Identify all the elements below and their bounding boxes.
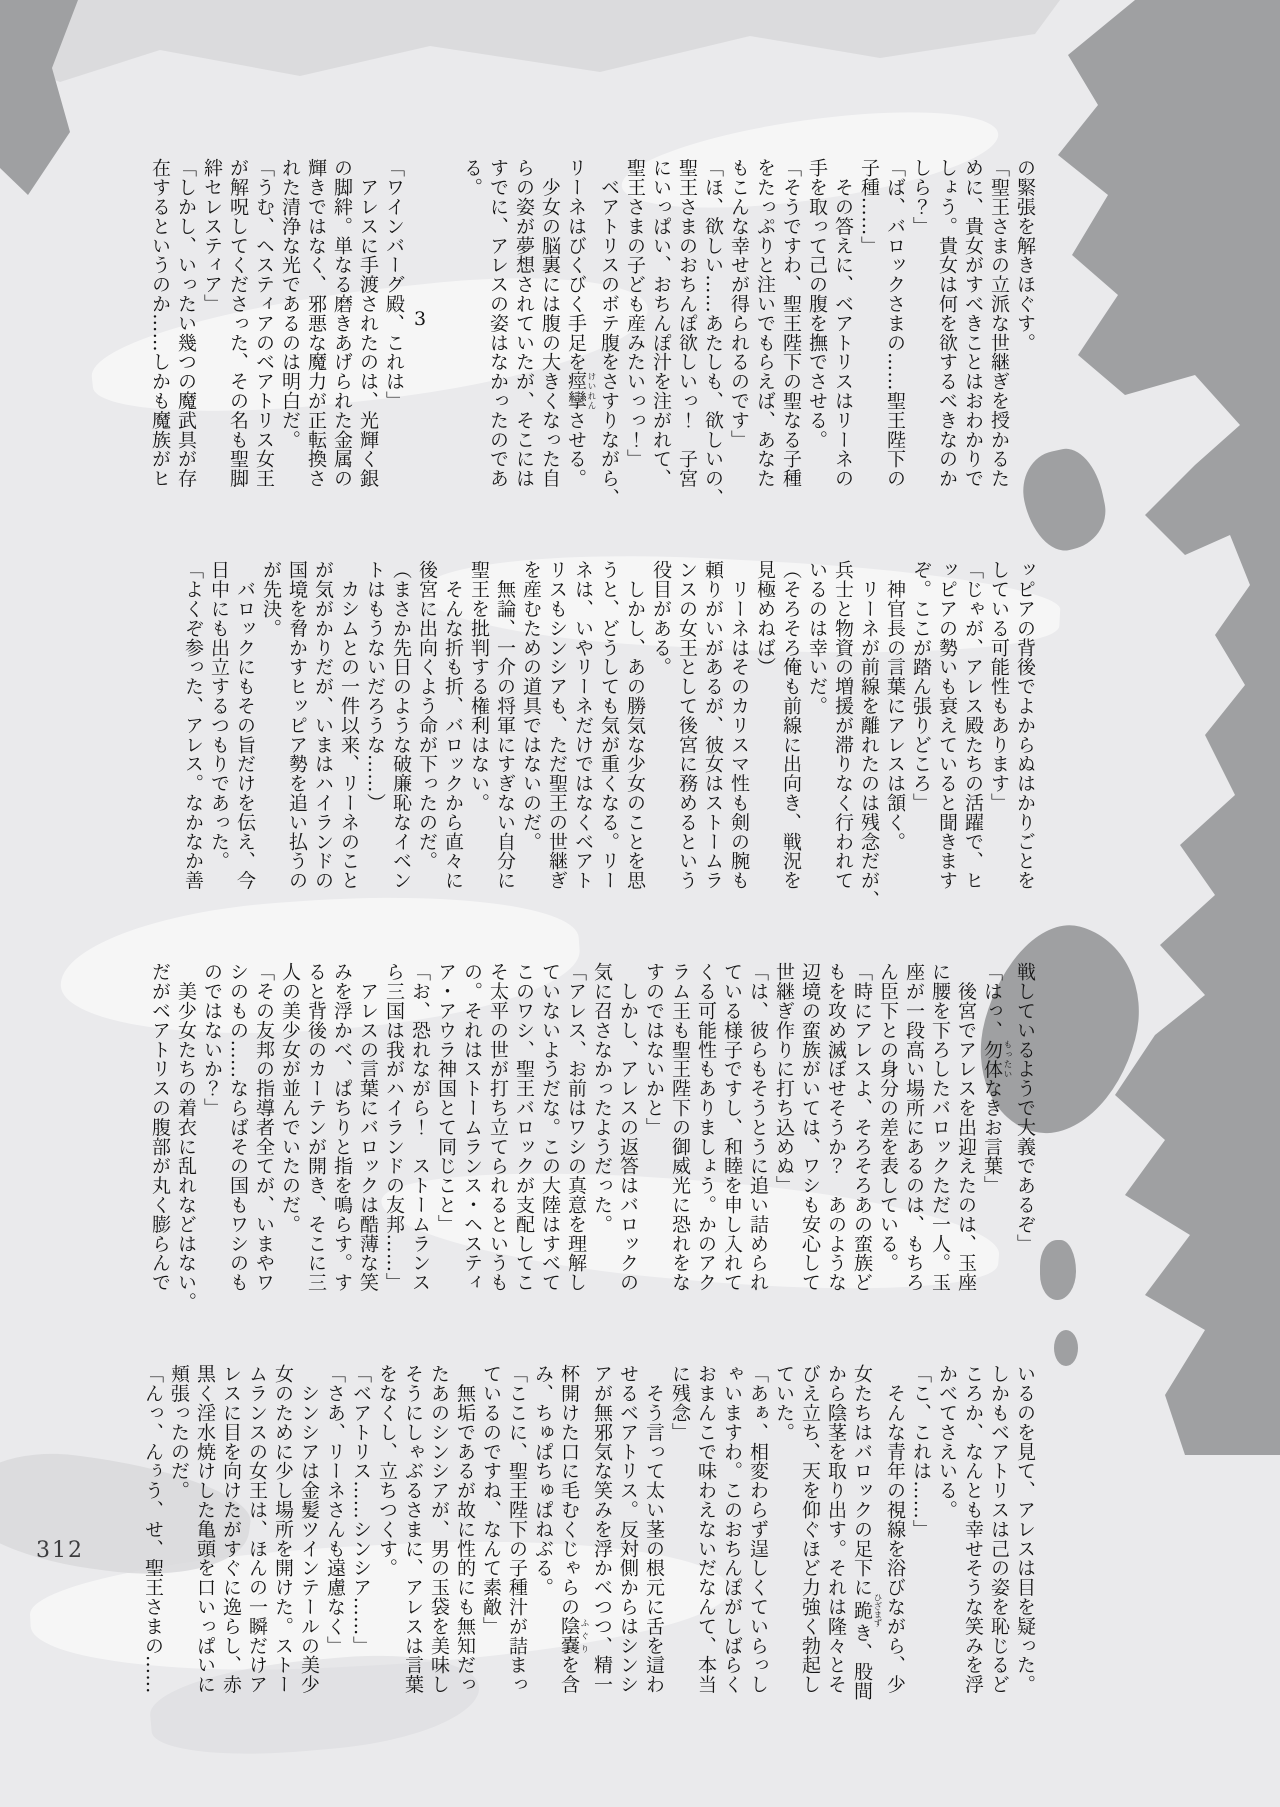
text-column: ていた。 [771, 1364, 797, 1718]
text-column: アが無邪気な笑みを浮かべつつ、精一 [589, 1364, 615, 1718]
text-column: 杯開けた口に毛むくじゃらの陰嚢ふぐりを含 [556, 1364, 589, 1718]
text-column: にいっぱい、おちんぽ汁を注がれて、 [648, 158, 674, 512]
text-column: 「アレス、お前はワシの真意を理解し [563, 962, 589, 1316]
text-column: リーネはそのカリスマ性も剣の腕も [726, 560, 752, 914]
text-column: （まさか先日のような破廉恥なイベン [388, 560, 414, 914]
text-column: かべてさえいる。 [934, 1364, 960, 1718]
text-column: 聖王さまの子ども産みたいっっ！」 [622, 158, 648, 512]
text-column: そ太平の世が打ち立てられるというも [485, 962, 511, 1316]
text-column: に残念」 [667, 1364, 693, 1718]
text-column: 役目がある。 [648, 560, 674, 914]
text-column: をなくし、立ちつくす。 [374, 1364, 400, 1718]
text-column: 手を取って己の腹を撫でさせる。 [804, 158, 830, 512]
page-number: 312 [36, 1538, 84, 1563]
text-column: 「ば、バロックさまの……聖王陛下の [882, 158, 908, 512]
text-column: その答えに、ベアトリスはリーネの [830, 158, 856, 512]
text-column: の脚絆。単なる磨きあげられた金属の [329, 158, 355, 512]
text-column: このワシ、聖王バロックが支配してこ [511, 962, 537, 1316]
text-column: 「ワインバーグ殿、これは」 [381, 158, 407, 512]
text-column: くる可能性もありましょう。かのアク [693, 962, 719, 1316]
text-column: 子種……」 [856, 158, 882, 512]
text-column: 聖王さまのおちんぽ欲しいっ！ 子宮 [674, 158, 700, 512]
text-column: が先決。 [258, 560, 284, 914]
text-column: 「聖王さまの立派な世継ぎを授かるた [986, 158, 1012, 512]
text-column: 「こ、これは……」 [908, 1364, 934, 1718]
text-band-1: の緊張を解きほぐす。「聖王さまの立派な世継ぎを授かるために、貴女がすべきことはお… [147, 158, 1038, 512]
text-column: いるのは幸いだ。 [804, 560, 830, 914]
text-column: 後宮でアレスを出迎えたのは、玉座 [953, 962, 979, 1316]
text-column: みを浮かべ、ぱちりと指を鳴らす。す [329, 962, 355, 1316]
text-column: ッピアの勢いも衰えていると聞きます [934, 560, 960, 914]
text-column: おまんこで味わえないだなんて、本当 [693, 1364, 719, 1718]
text-column: のではないか？」 [199, 962, 225, 1316]
text-column: ていないようだな。この大陸はすべて [537, 962, 563, 1316]
text-column: リスもシンシアも、ただ聖王の世継ぎ [544, 560, 570, 914]
text-column: ゃいますわ。このおちんぽがしばらく [719, 1364, 745, 1718]
text-column: が解呪してくださった、その名も聖脚 [225, 158, 251, 512]
text-column: ぞ。ここが踏ん張りどころ」 [908, 560, 934, 914]
ink-splash-blob [1054, 1330, 1078, 1366]
text-column: の緊張を解きほぐす。 [1012, 158, 1038, 512]
text-column: 頼りがいがあるが、彼女はストームラ [700, 560, 726, 914]
text-column: ると背後のカーテンが開き、そこに三 [303, 962, 329, 1316]
text-column: しかし、アレスの返答はバロックの [615, 962, 641, 1316]
text-column: ラム王も聖王陛下の御威光に恐れをな [667, 962, 693, 1316]
text-column: 世継ぎ作りに打ち込めぬ」 [771, 962, 797, 1316]
text-column: 「ここに、聖王陛下の子種汁が詰まっ [504, 1364, 530, 1718]
text-column: 女のために少し場所を開けた。ストー [270, 1364, 296, 1718]
text-column: そう言って太い茎の根元に舌を這わ [641, 1364, 667, 1718]
text-column: せるベアトリス。反対側からはシンシ [615, 1364, 641, 1718]
text-column: ころか、なんとも幸せそうな笑みを浮 [960, 1364, 986, 1718]
text-column: ムランスの女王は、ほんの一瞬だけア [244, 1364, 270, 1718]
text-column: ん臣下との身分の差を表している。 [875, 962, 901, 1316]
top-edge-texture [0, 0, 1060, 88]
text-column: 「そうですわ、聖王陛下の聖なる子種 [778, 158, 804, 512]
text-band-2: ッピアの背後でよからぬはかりごとをしている可能性もあります」「じゃが、アレス殿た… [180, 560, 1038, 914]
text-column: シンシアは金髪ツインテールの美少 [296, 1364, 322, 1718]
text-column: 「あぁ、相変わらず逞しくていらっし [745, 1364, 771, 1718]
text-column: をたっぷりと注いでもらえば、あなた [752, 158, 778, 512]
text-column: る。 [459, 158, 485, 512]
text-band-3: 戦しているようで大義であるぞ」「はっ、勿体もったいなきお言葉」 後宮でアレスを出… [147, 962, 1038, 1316]
text-column [433, 158, 459, 512]
text-column: 「その友邦の指導者全てが、いまやワ [251, 962, 277, 1316]
text-column: びえ立ち、天を仰ぐほど力強く勃起し [797, 1364, 823, 1718]
text-column: から陰茎を取り出す。それは隆々とそ [823, 1364, 849, 1718]
text-column: 日中にも出立するつもりであった。 [206, 560, 232, 914]
text-column: 後宮に出向くよう命が下ったのだ。 [414, 560, 440, 914]
text-column: 「ベアトリス……シンシア……」 [348, 1364, 374, 1718]
text-column: そうにしゃぶるさまに、アレスは言葉 [400, 1364, 426, 1718]
text-column: み、ちゅぱちゅぱねぶる。 [530, 1364, 556, 1718]
ink-splash-blob [1040, 1240, 1076, 1300]
text-column: 辺境の蛮族がいては、ワシも安心して [797, 962, 823, 1316]
text-column: しら？」 [908, 158, 934, 512]
text-column: らの姿が夢想されていたが、そこには [511, 158, 537, 512]
text-column: シのもの……ならばその国もワシのも [225, 962, 251, 1316]
text-column: 黒く淫水焼けした亀頭を口いっぱいに [192, 1364, 218, 1718]
text-column: バロックにもその旨だけを伝え、今 [232, 560, 258, 914]
text-column: トはもうないだろうな……） [362, 560, 388, 914]
text-column: 国境を脅かすヒッピア勢を追い払うの [284, 560, 310, 914]
text-column: 「お、恐れながら！ ストームランス [407, 962, 433, 1316]
text-column: れた清浄な光であるのは明白だ。 [277, 158, 303, 512]
text-column: の。それはストームランス・ヘスティ [459, 962, 485, 1316]
text-column: アレスに手渡されたのは、光輝く銀 [355, 158, 381, 512]
text-column: 「ほ、欲しい……あたしも、欲しいの、 [700, 158, 726, 512]
text-column: 聖王を批判する権利はない。 [466, 560, 492, 914]
text-column: ベアトリスのボテ腹をさすりながら、 [596, 158, 622, 512]
text-column: レスに目を向けたがすぐに逸らし、赤 [218, 1364, 244, 1718]
text-column: たあのシンシアが、男の玉袋を美味し [426, 1364, 452, 1718]
text-column: 見極めねば） [752, 560, 778, 914]
text-column: ている様子ですし、和睦を申し入れて [719, 962, 745, 1316]
text-column: すのではないかと」 [641, 962, 667, 1316]
text-column: 「よくぞ参った、アレス。なかなか善 [180, 560, 206, 914]
text-column: を産むための道具ではないのだ。 [518, 560, 544, 914]
text-column: 「は、彼らもそうとうに追い詰められ [745, 962, 771, 1316]
text-column: しょう。貴女は何を欲するべきなのか [934, 158, 960, 512]
text-column: 少女の脳裏には腹の大きくなった自 [537, 158, 563, 512]
text-column: 「しかし、いったい幾つの魔武具が存 [173, 158, 199, 512]
text-column: そんな青年の視線を浴びながら、少 [882, 1364, 908, 1718]
text-column: に腰を下ろしたバロックただ一人。玉 [927, 962, 953, 1316]
text-column: 神官長の言葉にアレスは頷く。 [882, 560, 908, 914]
text-column: 兵士と物資の増援が滞りなく行われて [830, 560, 856, 914]
text-column: 頬張ったのだ。 [166, 1364, 192, 1718]
text-column: めに、貴女がすべきことはおわかりで [960, 158, 986, 512]
section-number: 3 [407, 158, 433, 512]
text-column: もこんな幸せが得られるのです」 [726, 158, 752, 512]
text-band-4: いるのを見て、アレスは目を疑った。しかもベアトリスは己の姿を恥じるどころか、なん… [140, 1364, 1038, 1718]
text-column: うと、どうしても気が重くなる。リー [596, 560, 622, 914]
text-column: 輝きではなく、邪悪な魔力が正転換さ [303, 158, 329, 512]
text-column: 人の美少女が並んでいたのだ。 [277, 962, 303, 1316]
text-column: リーネはびくびく手足を痙攣けいれんさせる。 [563, 158, 596, 512]
text-column: 「さあ、リーネさんも遠慮なく」 [322, 1364, 348, 1718]
text-column: 気に召さなかったようだった。 [589, 962, 615, 1316]
text-column: アレスの言葉にバロックは酷薄な笑 [355, 962, 381, 1316]
text-column: 「んっ、んぅう、せ、聖王さまの…… [140, 1364, 166, 1718]
novel-page: の緊張を解きほぐす。「聖王さまの立派な世継ぎを授かるために、貴女がすべきことはお… [0, 0, 1280, 1807]
text-column: 絆セレスティア」 [199, 158, 225, 512]
text-column: ンスの女王として後宮に務めるという [674, 560, 700, 914]
text-column: 「うむ、ヘスティアのベアトリス女王 [251, 158, 277, 512]
text-column: 無垢であるが故に性的にも無知だっ [452, 1364, 478, 1718]
text-column: 女たちはバロックの足下に跪ひざまずき、股間 [849, 1364, 882, 1718]
text-column: いるのを見て、アレスは目を疑った。 [1012, 1364, 1038, 1718]
text-column: しかもベアトリスは己の姿を恥じるど [986, 1364, 1012, 1718]
text-column: もを攻め滅ぼせそうか？ あのような [823, 962, 849, 1316]
text-column: 「はっ、勿体もったいなきお言葉」 [979, 962, 1012, 1316]
text-column: 「じゃが、アレス殿たちの活躍で、ヒ [960, 560, 986, 914]
text-column: カシムとの一件以来、リーネのこと [336, 560, 362, 914]
text-column: しかし、あの勝気な少女のことを思 [622, 560, 648, 914]
ink-splash-top-left [0, 0, 80, 195]
text-column: 美少女たちの着衣に乱れなどはない。 [173, 962, 199, 1316]
text-column: だがベアトリスの腹部が丸く膨らんで [147, 962, 173, 1316]
text-column: そんな折も折、バロックから直々に [440, 560, 466, 914]
text-column: ネは、いやリーネだけではなくベアト [570, 560, 596, 914]
text-column: 座が一段高い場所にあるのは、もちろ [901, 962, 927, 1316]
text-column: 在するというのか……しかも魔族がヒ [147, 158, 173, 512]
text-column: ア・アウラ神国とて同じこと」 [433, 962, 459, 1316]
ink-splash-right [1000, 0, 1280, 1470]
text-column: 戦しているようで大義であるぞ」 [1012, 962, 1038, 1316]
text-column: ら三国は我がハイランドの友邦……」 [381, 962, 407, 1316]
text-column: すでに、アレスの姿はなかったのであ [485, 158, 511, 512]
text-column: （そろそろ俺も前線に出向き、戦況を [778, 560, 804, 914]
text-column: が気がかりだが、いまはハイランドの [310, 560, 336, 914]
text-column: ッピアの背後でよからぬはかりごとを [1012, 560, 1038, 914]
text-column: している可能性もあります」 [986, 560, 1012, 914]
text-column: 無論、一介の将軍にすぎない自分に [492, 560, 518, 914]
text-column: ているのですね、なんて素敵」 [478, 1364, 504, 1718]
text-column: リーネが前線を離れたのは残念だが、 [856, 560, 882, 914]
text-column: 「時にアレスよ、そろそろあの蛮族ど [849, 962, 875, 1316]
